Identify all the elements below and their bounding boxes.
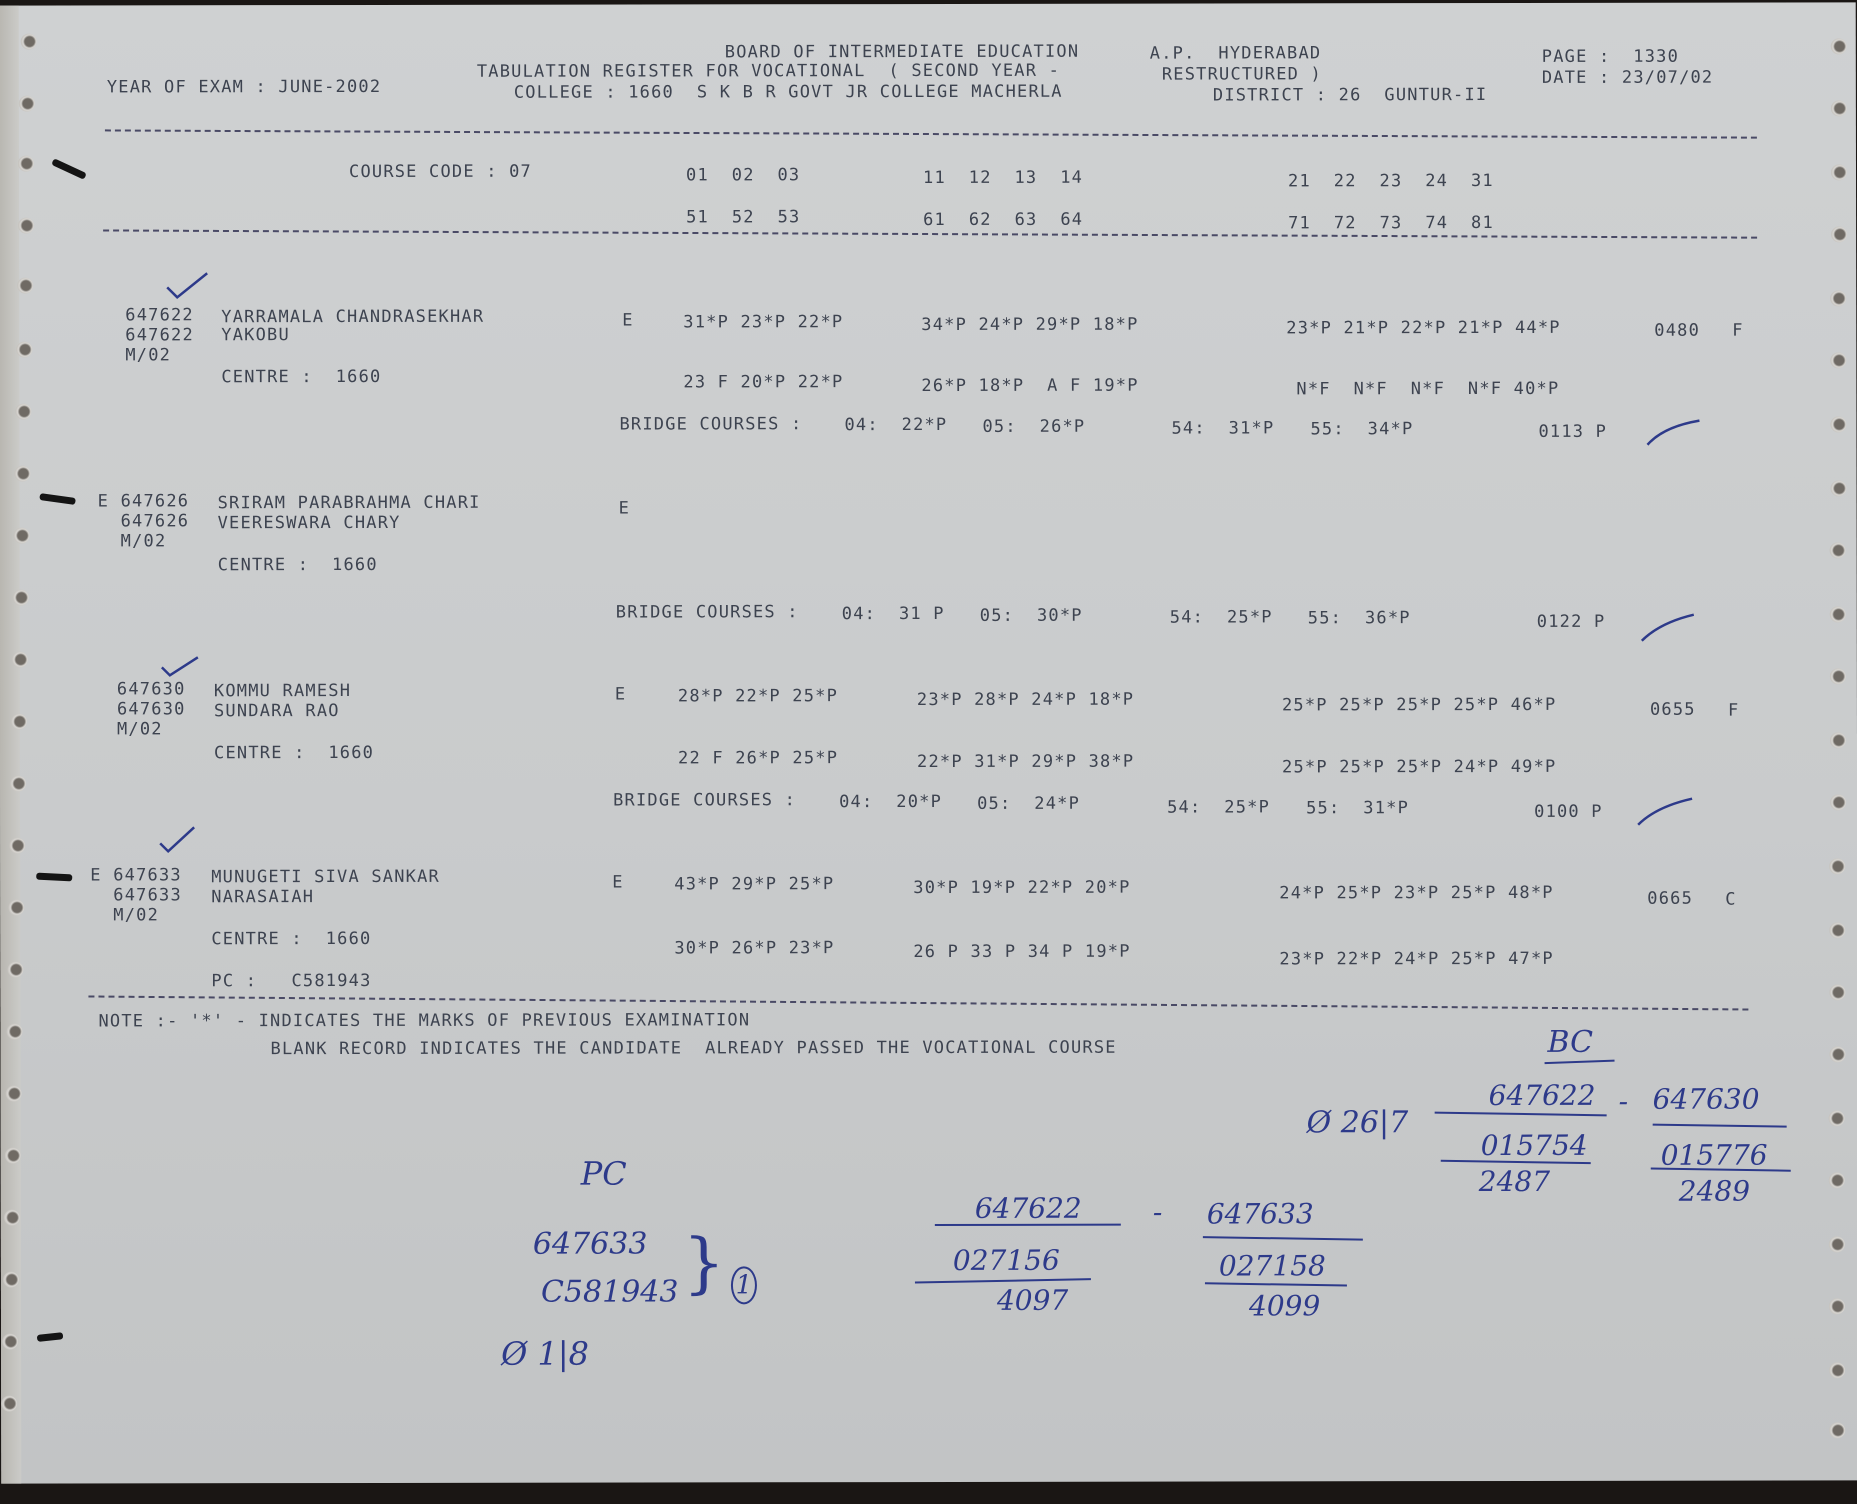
- category: M/02: [121, 531, 167, 551]
- marks-row2-group1: 23 F 20*P 22*P: [683, 372, 843, 392]
- marks-row2-group3: 23*P 22*P 24*P 25*P 47*P: [1279, 949, 1553, 969]
- main-to-count: 4099: [1249, 1289, 1320, 1322]
- candidate-name: YARRAMALA CHANDRASEKHAR: [221, 307, 484, 327]
- bc-from-number: 647622: [1489, 1079, 1596, 1112]
- bridge-course-54: 54: 25*P: [1167, 797, 1270, 817]
- marks-row1-group2: 30*P 19*P 22*P 20*P: [913, 878, 1130, 898]
- binding-hole: [12, 652, 28, 668]
- bc-to-number: 647630: [1653, 1083, 1760, 1116]
- binding-hole: [21, 34, 37, 50]
- binding-hole: [1829, 1172, 1845, 1188]
- candidate-name: MUNUGETI SIVA SANKAR: [211, 867, 440, 887]
- note-line-1: NOTE :- '*' - INDICATES THE MARKS OF PRE…: [98, 1010, 750, 1031]
- course-header-divider: [103, 229, 1757, 238]
- binding-hole: [13, 590, 29, 606]
- binding-hole: [1831, 100, 1847, 116]
- marks-row2-group2: 26*P 18*P A F 19*P: [921, 376, 1138, 396]
- marks-row2-group1: 30*P 26*P 23*P: [674, 938, 834, 958]
- check-mark-icon: [1634, 795, 1696, 829]
- binding-hole: [1830, 732, 1846, 748]
- hall-ticket-number-2: 647630: [117, 699, 186, 719]
- board-location: A.P. HYDERABAD: [1150, 43, 1322, 63]
- hall-ticket-number-2: 647633: [113, 885, 182, 905]
- marks-row2-group3: 25*P 25*P 25*P 24*P 49*P: [1282, 757, 1556, 777]
- underline: [935, 1224, 1121, 1226]
- hall-ticket-number-2: 647622: [125, 325, 194, 345]
- margin-ink-mark: [36, 873, 72, 882]
- total-marks: 0480: [1654, 321, 1700, 341]
- hall-ticket-number: 647630: [117, 679, 186, 699]
- binding-hole: [1830, 1046, 1846, 1062]
- medium: E: [612, 873, 623, 893]
- dash: -: [1153, 1196, 1163, 1229]
- subject-codes-group3-row2: 71 72 73 74 81: [1288, 213, 1494, 233]
- binding-hole: [1829, 1236, 1845, 1252]
- records-divider: [88, 995, 1748, 1010]
- bridge-course-04: 04: 31 P: [842, 604, 945, 624]
- binding-hole: [11, 714, 27, 730]
- centre: CENTRE : 1660: [214, 743, 374, 763]
- binding-hole: [1830, 416, 1846, 432]
- note-line-2: BLANK RECORD INDICATES THE CANDIDATE ALR…: [271, 1038, 1117, 1059]
- binding-hole: [1829, 858, 1845, 874]
- bc-to-count: 2489: [1679, 1175, 1750, 1208]
- hall-ticket-number: 647633: [113, 865, 182, 885]
- board-name: BOARD OF INTERMEDIATE EDUCATION: [725, 42, 1080, 63]
- binding-hole: [8, 900, 24, 916]
- binding-hole: [1831, 38, 1847, 54]
- binding-hole: [1829, 984, 1845, 1000]
- bc-from-serial: 015754: [1481, 1129, 1588, 1162]
- bridge-course-04: 04: 20*P: [839, 792, 942, 812]
- hall-ticket-number: 647622: [125, 305, 194, 325]
- binding-hole: [1829, 1422, 1845, 1438]
- year-of-exam: YEAR OF EXAM : JUNE-2002: [107, 77, 381, 97]
- handwritten-main-summary: 647622 - 647633 027156 027158 4097 4099: [0, 2, 1856, 5]
- result: F: [1728, 701, 1739, 721]
- marks-row2-group3: N*F N*F N*F N*F 40*P: [1296, 379, 1559, 399]
- marks-row2-group2: 22*P 31*P 29*P 38*P: [917, 752, 1134, 772]
- record-prefix: E: [90, 865, 101, 885]
- bridge-courses-label: BRIDGE COURSES :: [619, 414, 802, 434]
- bc-title: BC: [1547, 1025, 1593, 1060]
- marks-row1-group3: 23*P 21*P 22*P 21*P 44*P: [1286, 318, 1560, 338]
- bc-from-count: 2487: [1479, 1165, 1550, 1198]
- bridge-course-05: 05: 26*P: [982, 417, 1085, 437]
- binding-hole: [1829, 1362, 1845, 1378]
- marks-row1-group3: 24*P 25*P 23*P 25*P 48*P: [1279, 883, 1553, 903]
- pc-count-circled: 1: [731, 1266, 757, 1304]
- binding-hole: [1830, 542, 1846, 558]
- check-mark-icon: [156, 823, 198, 855]
- bridge-course-04: 04: 22*P: [844, 415, 947, 435]
- binding-hole: [3, 1272, 19, 1288]
- binding-hole: [15, 466, 31, 482]
- margin-ink-mark: [37, 1332, 64, 1342]
- handwritten-bc-summary: BC Ø 26|7 647622 - 647630 015754 015776 …: [0, 2, 1856, 5]
- binding-hole: [10, 776, 26, 792]
- register-title: TABULATION REGISTER FOR VOCATIONAL ( SEC…: [477, 61, 1060, 82]
- binding-hole: [19, 96, 35, 112]
- underline: [1435, 1112, 1607, 1117]
- margin-ink-mark: [39, 493, 76, 505]
- binding-hole: [18, 156, 34, 172]
- father-name: SUNDARA RAO: [214, 701, 340, 721]
- binding-hole: [5, 1148, 21, 1164]
- binding-hole: [7, 962, 23, 978]
- hall-ticket-number: 647626: [121, 491, 190, 511]
- marks-row1-group2: 34*P 24*P 29*P 18*P: [921, 315, 1138, 335]
- binding-hole: [1830, 606, 1846, 622]
- binding-hole: [16, 342, 32, 358]
- binding-hole: [1831, 226, 1847, 242]
- result: F: [1732, 321, 1743, 341]
- record-647622: 647622 YARRAMALA CHANDRASEKHAR 647622 YA…: [0, 2, 1856, 5]
- binding-hole: [1830, 290, 1846, 306]
- marks-row1-group1: 31*P 23*P 22*P: [683, 312, 843, 332]
- binding-hole: [4, 1210, 20, 1226]
- father-name: NARASAIAH: [211, 887, 314, 907]
- bridge-course-05: 05: 30*P: [980, 606, 1083, 626]
- handwritten-pc-summary: PC 647633 C581943 } 1 Ø 1|8: [0, 2, 1856, 5]
- centre: CENTRE : 1660: [211, 929, 371, 949]
- bridge-course-55: 55: 34*P: [1310, 419, 1413, 439]
- hall-ticket-number-2: 647626: [121, 511, 190, 531]
- main-from-count: 4097: [997, 1284, 1068, 1317]
- marks-row1-group1: 28*P 22*P 25*P: [678, 686, 838, 706]
- total-marks: 0655: [1650, 700, 1696, 720]
- check-mark-icon: [1643, 417, 1703, 449]
- centre: CENTRE : 1660: [218, 555, 378, 575]
- record-647626: E 647626 SRIRAM PARABRAHMA CHARI 647626 …: [0, 2, 1856, 5]
- bridge-course-54: 54: 25*P: [1170, 607, 1273, 627]
- header-divider: [105, 129, 1757, 138]
- binding-hole: [9, 838, 25, 854]
- record-prefix: E: [98, 491, 109, 511]
- binding-hole: [1830, 668, 1846, 684]
- binding-hole: [14, 528, 30, 544]
- bridge-total: 0122 P: [1537, 612, 1606, 632]
- binding-hole: [17, 278, 33, 294]
- pc-initials: Ø 1|8: [501, 1335, 589, 1373]
- category: M/02: [113, 905, 159, 925]
- marks-row1-group1: 43*P 29*P 25*P: [674, 874, 834, 894]
- subject-codes-group2-row1: 11 12 13 14: [923, 168, 1083, 188]
- subject-codes-group3-row1: 21 22 23 24 31: [1288, 171, 1494, 191]
- marks-row1-group2: 23*P 28*P 24*P 18*P: [917, 690, 1134, 710]
- bridge-total: 0100 P: [1534, 802, 1603, 822]
- print-date: DATE : 23/07/02: [1542, 68, 1714, 88]
- binding-hole: [1829, 922, 1845, 938]
- register-suffix: RESTRUCTURED ): [1162, 64, 1322, 84]
- binding-hole: [1831, 164, 1847, 180]
- underline: [1545, 1060, 1615, 1065]
- binding-hole: [6, 1024, 22, 1040]
- underline: [915, 1278, 1091, 1283]
- pc-title: PC: [581, 1155, 627, 1193]
- total-marks: 0665: [1647, 889, 1693, 909]
- binding-hole: [1829, 1110, 1845, 1126]
- category: M/02: [125, 345, 171, 365]
- binding-hole: [1831, 480, 1847, 496]
- marks-row1-group3: 25*P 25*P 25*P 25*P 46*P: [1282, 695, 1556, 715]
- main-to-serial: 027158: [1219, 1249, 1326, 1282]
- binding-hole: [15, 404, 31, 420]
- bridge-course-54: 54: 31*P: [1171, 418, 1274, 438]
- bc-initials: Ø 26|7: [1307, 1105, 1409, 1140]
- brace: }: [683, 1224, 725, 1301]
- binding-hole: [1, 1396, 17, 1412]
- underline: [1203, 1236, 1363, 1241]
- binding-hole: [1830, 352, 1846, 368]
- bridge-course-55: 55: 36*P: [1308, 608, 1411, 628]
- tabulation-register-page: YEAR OF EXAM : JUNE-2002 BOARD OF INTERM…: [0, 2, 1857, 1483]
- binding-hole: [2, 1334, 18, 1350]
- pc-number: PC : C581943: [211, 971, 371, 991]
- subject-codes-group1-row2: 51 52 53: [686, 207, 800, 227]
- candidate-name: KOMMU RAMESH: [214, 681, 351, 701]
- district-info: DISTRICT : 26 GUNTUR-II: [1213, 85, 1487, 105]
- course-code: COURSE CODE : 07: [349, 162, 532, 182]
- bridge-course-05: 05: 24*P: [977, 794, 1080, 814]
- subject-codes-group1-row1: 01 02 03: [686, 165, 800, 185]
- main-from-serial: 027156: [953, 1244, 1060, 1277]
- margin-ink-mark: [51, 158, 87, 180]
- underline: [1653, 1124, 1787, 1128]
- main-from-number: 647622: [975, 1192, 1082, 1225]
- marks-row2-group2: 26 P 33 P 34 P 19*P: [913, 942, 1130, 962]
- record-647633: E 647633 MUNUGETI SIVA SANKAR 647633 NAR…: [0, 2, 1856, 5]
- result: C: [1725, 890, 1736, 910]
- marks-row2-group1: 22 F 26*P 25*P: [678, 748, 838, 768]
- medium: E: [622, 311, 633, 331]
- check-mark-icon: [163, 269, 211, 301]
- bridge-courses-label: BRIDGE COURSES :: [616, 602, 799, 622]
- medium: E: [615, 685, 626, 705]
- candidate-name: SRIRAM PARABRAHMA CHARI: [218, 493, 481, 513]
- bridge-total: 0113 P: [1538, 422, 1607, 442]
- pc-code: C581943: [541, 1274, 679, 1309]
- bridge-courses-label: BRIDGE COURSES :: [613, 790, 796, 810]
- father-name: VEERESWARA CHARY: [218, 513, 401, 533]
- subject-codes-group2-row2: 61 62 63 64: [923, 210, 1083, 230]
- college-info: COLLEGE : 1660 S K B R GOVT JR COLLEGE M…: [514, 82, 1063, 103]
- medium: E: [619, 499, 630, 519]
- dash: -: [1619, 1085, 1629, 1118]
- main-to-number: 647633: [1207, 1197, 1314, 1230]
- check-mark-icon: [1638, 611, 1698, 645]
- page-number: PAGE : 1330: [1542, 47, 1679, 67]
- binding-hole: [6, 1086, 22, 1102]
- check-mark-icon: [158, 653, 202, 679]
- category: M/02: [117, 719, 163, 739]
- underline: [1205, 1282, 1347, 1286]
- bridge-course-55: 55: 31*P: [1306, 798, 1409, 818]
- bc-to-serial: 015776: [1661, 1139, 1768, 1172]
- father-name: YAKOBU: [221, 325, 290, 345]
- pc-id: 647633: [533, 1226, 648, 1261]
- binding-hole: [18, 218, 34, 234]
- centre: CENTRE : 1660: [221, 367, 381, 387]
- record-647630: 647630 KOMMU RAMESH 647630 SUNDARA RAO M…: [0, 2, 1856, 5]
- binding-hole: [1829, 1298, 1845, 1314]
- binding-hole: [1830, 794, 1846, 810]
